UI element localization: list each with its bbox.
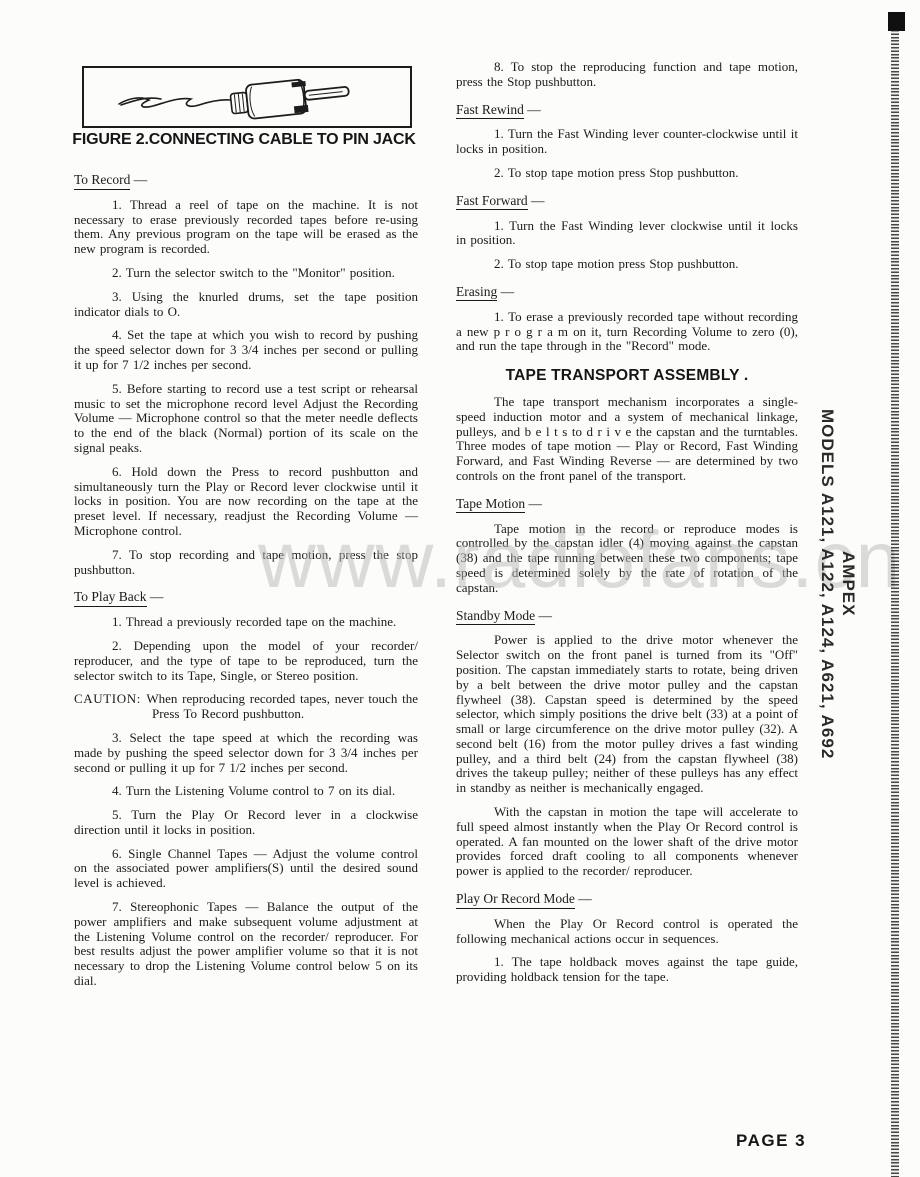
paragraph: 5. Turn the Play Or Record lever in a cl… <box>74 808 418 838</box>
paragraph: 6. Hold down the Press to record pushbut… <box>74 465 418 539</box>
paragraph: 3. Using the knurled drums, set the tape… <box>74 290 418 320</box>
figure-caption: FIGURE 2.CONNECTING CABLE TO PIN JACK <box>70 131 418 149</box>
subsection-heading: Play Or Record Mode — <box>456 892 798 907</box>
subsection-heading: To Play Back — <box>74 590 418 605</box>
paragraph: Tape motion in the record or reproduce m… <box>456 522 798 596</box>
subsection-heading: Erasing — <box>456 285 798 300</box>
caution-label: CAUTION: <box>74 691 146 706</box>
subsection-heading-label: Standby Mode <box>456 608 535 626</box>
paragraph: 5. Before starting to record use a test … <box>74 382 418 456</box>
paragraph: Power is applied to the drive motor when… <box>456 633 798 796</box>
left-column: To Record —1. Thread a reel of tape on t… <box>74 160 418 998</box>
pin-jack-plug-illustration <box>97 71 397 123</box>
paragraph: 3. Select the tape speed at which the re… <box>74 731 418 775</box>
paragraph: 1. Thread a previously recorded tape on … <box>74 615 418 630</box>
paragraph: 1. To erase a previously recorded tape w… <box>456 310 798 354</box>
subsection-heading-label: Tape Motion <box>456 496 525 514</box>
paragraph: When the Play Or Record control is opera… <box>456 917 798 947</box>
subsection-heading-label: To Play Back <box>74 589 147 607</box>
paragraph: 2. To stop tape motion press Stop pushbu… <box>456 257 798 272</box>
subsection-heading-label: Erasing <box>456 284 497 302</box>
subsection-heading-label: To Record <box>74 172 130 190</box>
subsection-heading: Tape Motion — <box>456 497 798 512</box>
paragraph: 7. Stereophonic Tapes — Balance the outp… <box>74 900 418 989</box>
paragraph: 6. Single Channel Tapes — Adjust the vol… <box>74 847 418 891</box>
paragraph: 7. To stop recording and tape motion, pr… <box>74 548 418 578</box>
subsection-heading: Standby Mode — <box>456 609 798 624</box>
caution-note: CAUTION: When reproducing recorded tapes… <box>74 692 418 722</box>
margin-brand: AMPEX <box>838 388 859 780</box>
subsection-heading: Fast Rewind — <box>456 103 798 118</box>
paragraph: 1. Turn the Fast Winding lever counter-c… <box>456 127 798 157</box>
paragraph: 8. To stop the reproducing function and … <box>456 60 798 90</box>
paragraph: The tape transport mechanism incorporate… <box>456 395 798 484</box>
paragraph: 2. Turn the selector switch to the "Moni… <box>74 266 418 281</box>
figure-box <box>82 66 412 128</box>
paragraph: 1. The tape holdback moves against the t… <box>456 955 798 985</box>
paragraph: 2. Depending upon the model of your reco… <box>74 639 418 683</box>
subsection-heading-label: Fast Forward <box>456 193 528 211</box>
subsection-heading: Fast Forward — <box>456 194 798 209</box>
paragraph: With the capstan in motion the tape will… <box>456 805 798 879</box>
page-number: PAGE 3 <box>736 1131 806 1151</box>
paragraph: 4. Turn the Listening Volume control to … <box>74 784 418 799</box>
paragraph: 1. Thread a reel of tape on the machine.… <box>74 198 418 257</box>
paragraph: 1. Turn the Fast Winding lever clockwise… <box>456 219 798 249</box>
scan-corner-mark <box>888 12 905 31</box>
paragraph: 2. To stop tape motion press Stop pushbu… <box>456 166 798 181</box>
margin-model-text: AMPEX MODELS A121, A122, A124, A621, A69… <box>817 388 859 780</box>
margin-models: MODELS A121, A122, A124, A621, A692 <box>817 388 838 780</box>
section-title: TAPE TRANSPORT ASSEMBLY . <box>456 369 798 384</box>
binding-edge-stripes <box>891 30 899 1177</box>
right-column: 8. To stop the reproducing function and … <box>456 60 798 994</box>
paragraph: 4. Set the tape at which you wish to rec… <box>74 328 418 372</box>
manual-page: FIGURE 2.CONNECTING CABLE TO PIN JACK To… <box>0 0 920 1177</box>
subsection-heading: To Record — <box>74 173 418 188</box>
subsection-heading-label: Play Or Record Mode <box>456 891 575 909</box>
subsection-heading-label: Fast Rewind <box>456 102 524 120</box>
